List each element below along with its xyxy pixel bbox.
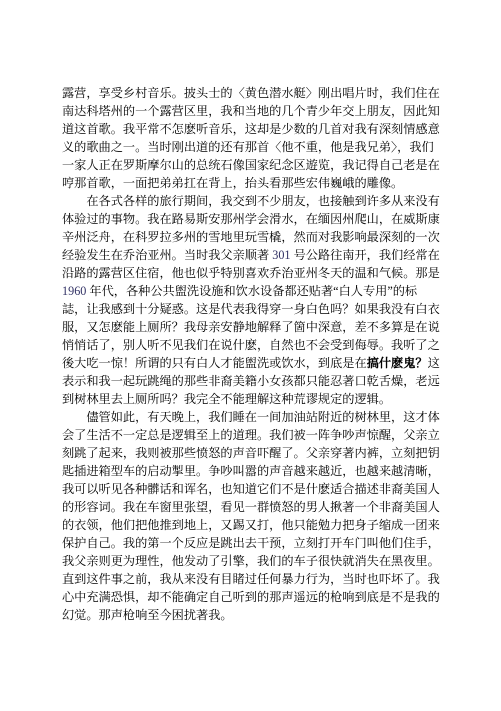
text-line: 匙插进箱型车的启动掣里。争吵叫嚣的声音越来越近，也越来越清晰， xyxy=(62,462,454,480)
text-segment: 哼那首歌，一面把弟弟扛在背上，抬头看那些宏伟巍峨的雕像。 xyxy=(62,176,403,190)
text-segment: 会了生活不一定总是逻辑至上的道理。我们被一阵争吵声惊醒，父亲立 xyxy=(62,428,440,442)
text-block: 露营，享受乡村音乐。披头士的〈黄色潜水艇〉刚出唱片时，我们住在南达科塔州的一个露… xyxy=(62,84,454,624)
text-segment: 这 xyxy=(428,356,440,370)
text-segment: 保护自己。我的第一个反应是跳出去干预，立刻打开车门叫他们住手， xyxy=(62,536,440,550)
text-line: 到树林里去上厕所吗？我完全不能理解这种荒谬规定的逻辑。 xyxy=(62,390,454,408)
text-line: 心中充满恐惧，却不能确定自己听到的那声遥远的枪响到底是不是我的 xyxy=(62,588,454,606)
text-line: 直到这件事之前，我从来没有目睹过任何暴力行为，当时也吓坏了。我 xyxy=(62,570,454,588)
highlighted-number: 1960 xyxy=(62,284,86,298)
text-segment: 在各式各样的旅行期间，我交到不少朋友，也接触到许多从来没有 xyxy=(62,194,440,208)
text-line: 我父亲则更为理性，他发动了引擎，我们的车子很快就消失在黑夜里。 xyxy=(62,552,454,570)
text-line: 1960 年代，各种公共盥洗设施和饮水设备都还贴著“白人专用”的标 xyxy=(62,282,454,300)
highlighted-number: 301 xyxy=(272,248,290,262)
text-segment: 後大吃一惊！所谓的只有白人才能盥洗或饮水，到底是在 xyxy=(62,356,367,370)
text-line: 经验发生在乔治亚州。当时我父亲顺著 301 号公路往南开，我们经常在 xyxy=(62,246,454,264)
text-segment: 表示和我一起玩跳绳的那些非裔美籍小女孩都只能忍著口乾舌燥，老远 xyxy=(62,374,440,388)
text-segment: 辛州泛舟，在科罗拉多州的雪地里玩雪橇，然而对我影响最深刻的一次 xyxy=(62,230,440,244)
text-line: 道这首歌。我平常不怎麽听音乐，这却是少数的几首对我有深刻情感意 xyxy=(62,120,454,138)
bold-emphasis-text: 搞什麽鬼？ xyxy=(367,356,428,370)
text-line: 我可以听见各种髒话和诨名，也知道它们不是什麽适合描述非裔美国人 xyxy=(62,480,454,498)
text-segment: 一家人正在罗斯摩尔山的总统石像国家纪念区遊览，我记得自己老是在 xyxy=(62,158,440,172)
text-segment: 服，又怎麽能上厕所？我母亲安静地解释了箇中深意，差不多算是在说 xyxy=(62,320,440,334)
text-segment: 誌，让我感到十分疑惑。这是代表我得穿一身白色吗？如果我没有白衣 xyxy=(62,302,440,316)
text-segment: 匙插进箱型车的启动掣里。争吵叫嚣的声音越来越近，也越来越清晰， xyxy=(62,464,440,478)
text-segment: 到树林里去上厕所吗？我完全不能理解这种荒谬规定的逻辑。 xyxy=(62,392,391,406)
text-segment: 南达科塔州的一个露营区里，我和当地的几个青少年交上朋友，因此知 xyxy=(62,104,440,118)
text-segment: 的衣领，他们把他推到地上，又踢又打，他只能勉力把身子缩成一团来 xyxy=(62,518,440,532)
text-segment: 幻觉。那声枪响至今困扰著我。 xyxy=(62,608,233,622)
text-line: 的衣领，他们把他推到地上，又踢又打，他只能勉力把身子缩成一团来 xyxy=(62,516,454,534)
text-line: 南达科塔州的一个露营区里，我和当地的几个青少年交上朋友，因此知 xyxy=(62,102,454,120)
text-line: 幻觉。那声枪响至今困扰著我。 xyxy=(62,606,454,624)
document-page: 露营，享受乡村音乐。披头士的〈黄色潜水艇〉刚出唱片时，我们住在南达科塔州的一个露… xyxy=(0,0,501,711)
text-segment: 的形容词。我在车窗里张望，看见一群愤怒的男人揪著一个非裔美国人 xyxy=(62,500,440,514)
text-line: 义的歌曲之一。当时刚出道的还有那首〈他不重，他是我兄弟〉，我们 xyxy=(62,138,454,156)
text-line: 一家人正在罗斯摩尔山的总统石像国家纪念区遊览，我记得自己老是在 xyxy=(62,156,454,174)
text-line: 体验过的事物。我在路易斯安那州学会滑水，在缅因州爬山，在威斯康 xyxy=(62,210,454,228)
text-segment: 沿路的露营区住宿，他也似乎特别喜欢乔治亚州冬天的温和气候。那是 xyxy=(62,266,440,280)
text-line: 表示和我一起玩跳绳的那些非裔美籍小女孩都只能忍著口乾舌燥，老远 xyxy=(62,372,454,390)
text-line: 沿路的露营区住宿，他也似乎特别喜欢乔治亚州冬天的温和气候。那是 xyxy=(62,264,454,282)
text-segment: 号公路往南开，我们经常在 xyxy=(291,248,440,262)
text-segment: 我可以听见各种髒话和诨名，也知道它们不是什麽适合描述非裔美国人 xyxy=(62,482,440,496)
text-segment: 儘管如此，有天晚上，我们睡在一间加油站附近的树林里，这才体 xyxy=(62,410,440,424)
text-segment: 我父亲则更为理性，他发动了引擎，我们的车子很快就消失在黑夜里。 xyxy=(62,554,440,568)
text-line: 哼那首歌，一面把弟弟扛在背上，抬头看那些宏伟巍峨的雕像。 xyxy=(62,174,454,192)
text-line: 保护自己。我的第一个反应是跳出去干预，立刻打开车门叫他们住手， xyxy=(62,534,454,552)
text-segment: 悄悄话了，别人听不见我们在说什麽，自然也不会受到侮辱。我听了之 xyxy=(62,338,440,352)
text-line: 儘管如此，有天晚上，我们睡在一间加油站附近的树林里，这才体 xyxy=(62,408,454,426)
text-segment: 露营，享受乡村音乐。披头士的〈黄色潜水艇〉刚出唱片时，我们住在 xyxy=(62,86,440,100)
text-line: 服，又怎麽能上厕所？我母亲安静地解释了箇中深意，差不多算是在说 xyxy=(62,318,454,336)
text-segment: 经验发生在乔治亚州。当时我父亲顺著 xyxy=(62,248,272,262)
text-line: 誌，让我感到十分疑惑。这是代表我得穿一身白色吗？如果我没有白衣 xyxy=(62,300,454,318)
text-segment: 体验过的事物。我在路易斯安那州学会滑水，在缅因州爬山，在威斯康 xyxy=(62,212,440,226)
text-line: 後大吃一惊！所谓的只有白人才能盥洗或饮水，到底是在搞什麽鬼？这 xyxy=(62,354,454,372)
text-segment: 年代，各种公共盥洗设施和饮水设备都还贴著“白人专用”的标 xyxy=(86,284,417,298)
text-segment: 道这首歌。我平常不怎麽听音乐，这却是少数的几首对我有深刻情感意 xyxy=(62,122,440,136)
text-segment: 义的歌曲之一。当时刚出道的还有那首〈他不重，他是我兄弟〉，我们 xyxy=(62,140,434,154)
text-segment: 直到这件事之前，我从来没有目睹过任何暴力行为，当时也吓坏了。我 xyxy=(62,572,440,586)
text-line: 刻跳了起来，我则被那些愤怒的声音吓醒了。父亲穿著内裤，立刻把钥 xyxy=(62,444,454,462)
text-line: 会了生活不一定总是逻辑至上的道理。我们被一阵争吵声惊醒，父亲立 xyxy=(62,426,454,444)
text-line: 辛州泛舟，在科罗拉多州的雪地里玩雪橇，然而对我影响最深刻的一次 xyxy=(62,228,454,246)
text-segment: 心中充满恐惧，却不能确定自己听到的那声遥远的枪响到底是不是我的 xyxy=(62,590,440,604)
text-line: 的形容词。我在车窗里张望，看见一群愤怒的男人揪著一个非裔美国人 xyxy=(62,498,454,516)
text-segment: 刻跳了起来，我则被那些愤怒的声音吓醒了。父亲穿著内裤，立刻把钥 xyxy=(62,446,440,460)
text-line: 露营，享受乡村音乐。披头士的〈黄色潜水艇〉刚出唱片时，我们住在 xyxy=(62,84,454,102)
text-line: 悄悄话了，别人听不见我们在说什麽，自然也不会受到侮辱。我听了之 xyxy=(62,336,454,354)
text-line: 在各式各样的旅行期间，我交到不少朋友，也接触到许多从来没有 xyxy=(62,192,454,210)
